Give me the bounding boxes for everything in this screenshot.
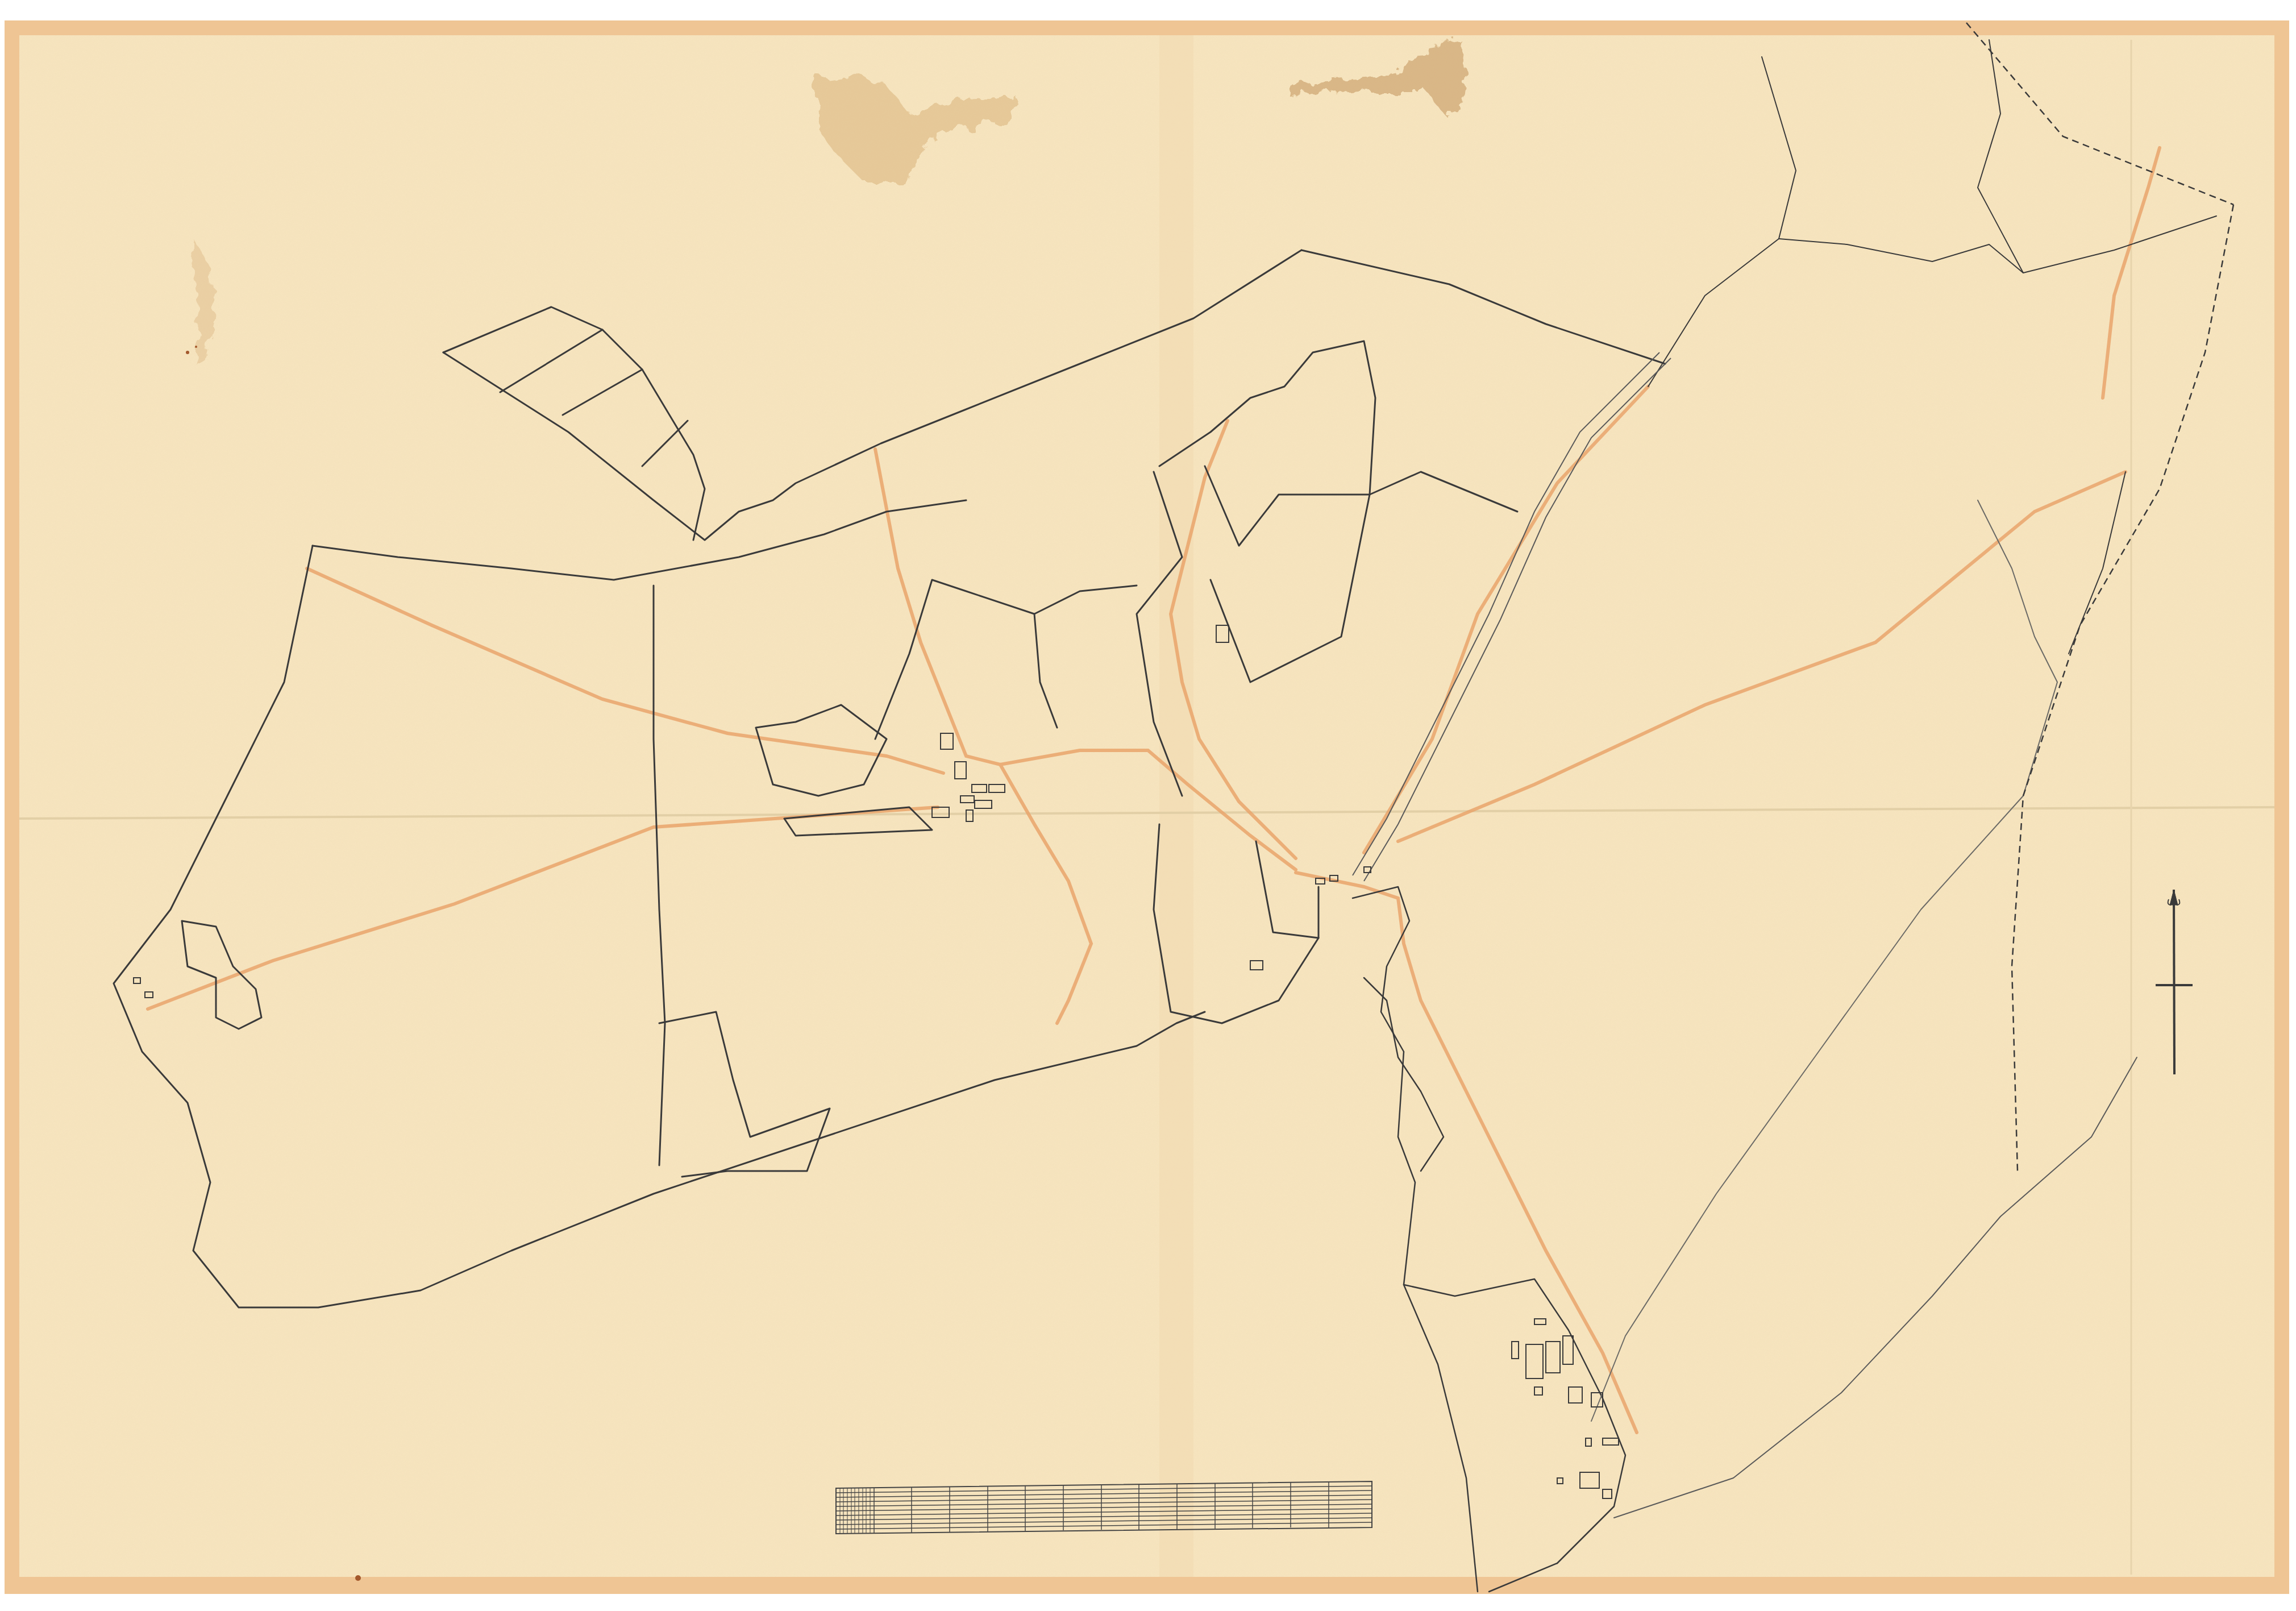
spot <box>355 1575 361 1581</box>
north-arrow-shaft <box>2174 890 2174 1074</box>
map-canvas <box>0 0 2296 1611</box>
map-sheet <box>0 0 2296 1611</box>
spot <box>186 351 189 354</box>
spot <box>195 346 197 348</box>
paper-texture <box>19 35 2274 1577</box>
center-fold <box>1159 35 1193 1577</box>
